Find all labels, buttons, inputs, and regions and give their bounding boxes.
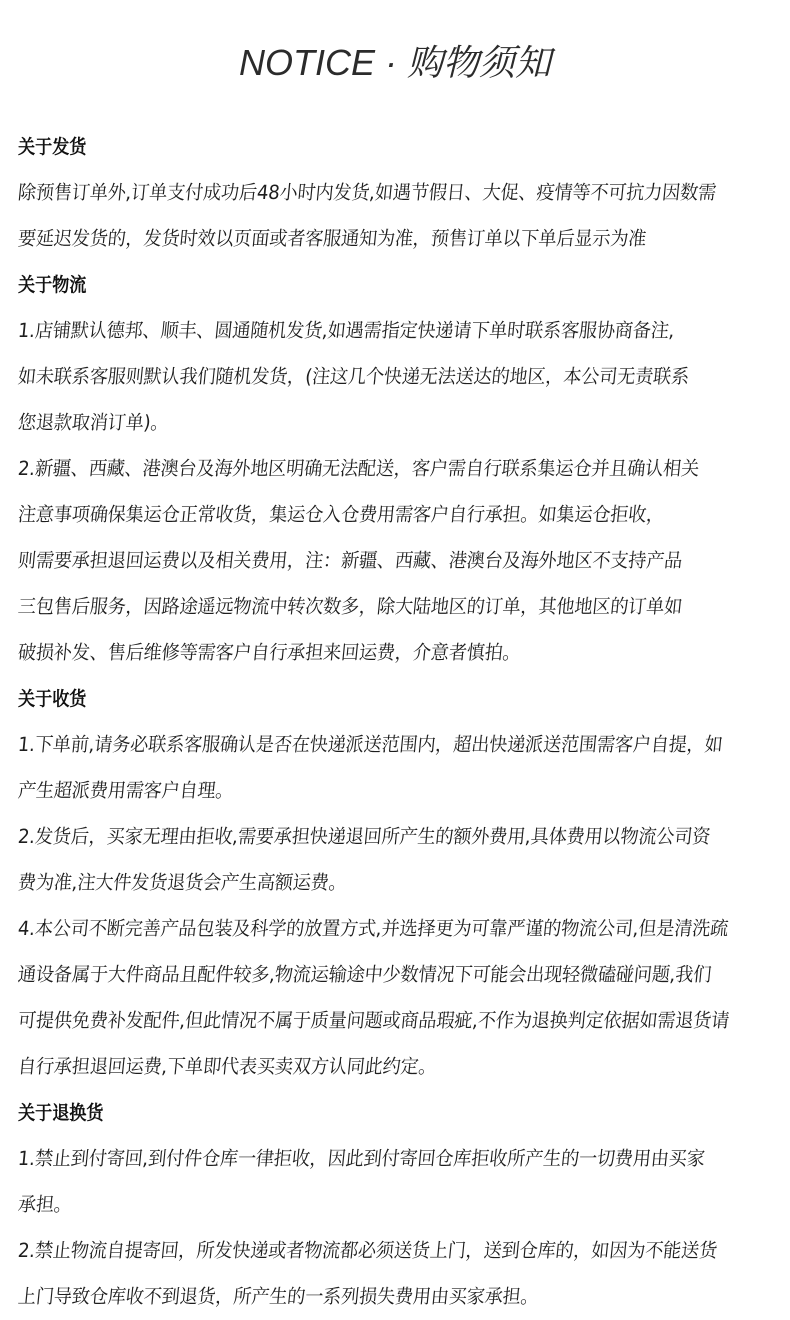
- body-line: 上门导致仓库收不到退货，所产生的一系列损失费用由买家承担。: [16, 1274, 737, 1320]
- body-line: 4.本公司不断完善产品包装及科学的放置方式,并选择更为可靠严谨的物流公司,但是清…: [16, 906, 737, 952]
- body-line: 除预售订单外,订单支付成功后48小时内发货,如遇节假日、大促、疫情等不可抗力因数…: [16, 170, 737, 216]
- body-line: 您退款取消订单)。: [16, 400, 737, 446]
- section-heading: 关于物流: [18, 262, 711, 308]
- body-line: 1.下单前,请务必联系客服确认是否在快递派送范围内，超出快递派送范围需客户自提，…: [16, 722, 737, 768]
- section-returns: 关于退换货 1.禁止到付寄回,到付件仓库一律拒收，因此到付寄回仓库拒收所产生的一…: [18, 1090, 788, 1320]
- body-line: 1.禁止到付寄回,到付件仓库一律拒收，因此到付寄回仓库拒收所产生的一切费用由买家: [16, 1136, 737, 1182]
- body-line: 2.新疆、西藏、港澳台及海外地区明确无法配送，客户需自行联系集运仓并且确认相关: [16, 446, 737, 492]
- body-line: 破损补发、售后维修等需客户自行承担来回运费，介意者慎拍。: [16, 630, 737, 676]
- section-receiving: 关于收货 1.下单前,请务必联系客服确认是否在快递派送范围内，超出快递派送范围需…: [18, 676, 788, 1090]
- notice-content: 关于发货 除预售订单外,订单支付成功后48小时内发货,如遇节假日、大促、疫情等不…: [18, 124, 788, 1320]
- section-logistics: 关于物流 1.店铺默认德邦、顺丰、圆通随机发货,如遇需指定快递请下单时联系客服协…: [18, 262, 788, 676]
- body-line: 产生超派费用需客户自理。: [16, 768, 737, 814]
- section-heading: 关于发货: [18, 124, 711, 170]
- section-heading: 关于收货: [18, 676, 711, 722]
- body-line: 费为准,注大件发货退货会产生高额运费。: [16, 860, 737, 906]
- page-title: NOTICE · 购物须知: [0, 38, 790, 88]
- body-line: 如未联系客服则默认我们随机发货，(注这几个快递无法送达的地区，本公司无责联系: [16, 354, 737, 400]
- section-heading: 关于退换货: [18, 1090, 711, 1136]
- body-line: 2.发货后，买家无理由拒收,需要承担快递退回所产生的额外费用,具体费用以物流公司…: [16, 814, 737, 860]
- body-line: 则需要承担退回运费以及相关费用，注：新疆、西藏、港澳台及海外地区不支持产品: [16, 538, 737, 584]
- body-line: 1.店铺默认德邦、顺丰、圆通随机发货,如遇需指定快递请下单时联系客服协商备注,: [16, 308, 737, 354]
- body-line: 通设备属于大件商品且配件较多,物流运输途中少数情况下可能会出现轻微磕碰问题,我们: [16, 952, 737, 998]
- body-line: 自行承担退回运费,下单即代表买卖双方认同此约定。: [16, 1044, 737, 1090]
- body-line: 可提供免费补发配件,但此情况不属于质量问题或商品瑕疵,不作为退换判定依据如需退货…: [16, 998, 737, 1044]
- section-shipping: 关于发货 除预售订单外,订单支付成功后48小时内发货,如遇节假日、大促、疫情等不…: [18, 124, 788, 262]
- body-line: 承担。: [16, 1182, 737, 1228]
- body-line: 2.禁止物流自提寄回，所发快递或者物流都必须送货上门，送到仓库的，如因为不能送货: [16, 1228, 737, 1274]
- body-line: 要延迟发货的，发货时效以页面或者客服通知为准，预售订单以下单后显示为准: [16, 216, 737, 262]
- body-line: 三包售后服务，因路途遥远物流中转次数多，除大陆地区的订单，其他地区的订单如: [16, 584, 737, 630]
- body-line: 注意事项确保集运仓正常收货，集运仓入仓费用需客户自行承担。如集运仓拒收，: [16, 492, 737, 538]
